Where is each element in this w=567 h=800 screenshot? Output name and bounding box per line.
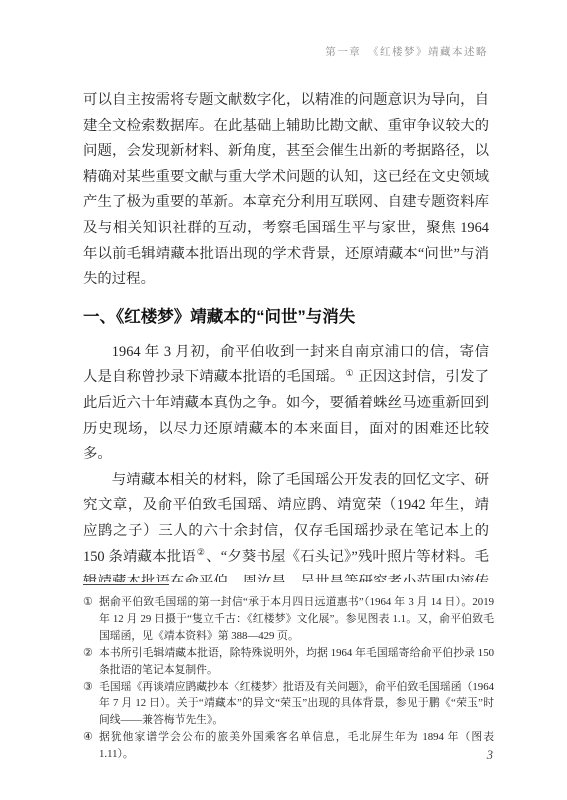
paragraph-intro: 可以自主按需将专题文献数字化，以精准的问题意识为导向，自建全文检索数据库。在此基… — [83, 88, 489, 293]
footnotes-section: ① 据俞平伯致毛国瑶的第一封信“承于本月四日远道惠书”（1964 年 3 月 1… — [83, 584, 494, 763]
footnote-item: ④ 据犹他家谱学会公布的旅美外国乘客名单信息，毛北屏生年为 1894 年（图表 … — [83, 729, 494, 763]
footnote-text: 据俞平伯致毛国瑶的第一封信“承于本月四日远道惠书”（1964 年 3 月 14 … — [99, 596, 494, 642]
footnote-marker: ② — [83, 645, 93, 662]
footnote-separator-line — [83, 584, 169, 585]
footnote-text: 毛国瑶《再谈靖应鹍藏抄本〈红楼梦〉批语及有关问题》，俞平伯致毛国瑶函（1964 … — [99, 681, 494, 727]
page-number: 3 — [487, 748, 493, 763]
book-page: 第一章 《红楼梦》靖藏本述略 可以自主按需将专题文献数字化，以精准的问题意识为导… — [0, 0, 567, 800]
footnote-ref: ① — [344, 368, 354, 378]
running-header: 第一章 《红楼梦》靖藏本述略 — [83, 44, 488, 59]
footnote-marker: ③ — [83, 679, 93, 696]
text-run: 可以自主按需将专题文献数字化，以精准的问题意识为导向，自建全文检索数据库。在此基… — [83, 92, 489, 287]
footnote-marker: ④ — [83, 729, 93, 746]
footnote-text: 据犹他家谱学会公布的旅美外国乘客名单信息，毛北屏生年为 1894 年（图表 1.… — [99, 731, 494, 760]
footnote-item: ② 本书所引毛辑靖藏本批语，除特殊说明外，均据 1964 年毛国瑶寄给俞平伯抄录… — [83, 645, 494, 679]
footnote-item: ③ 毛国瑶《再谈靖应鹍藏抄本〈红楼梦〉批语及有关问题》，俞平伯致毛国瑶函（196… — [83, 679, 494, 730]
paragraph: 1964 年 3 月初，俞平伯收到一封来自南京浦口的信，寄信人是自称曾抄录下靖藏… — [83, 340, 489, 468]
paragraph: 与靖藏本相关的材料，除了毛国瑶公开发表的回忆文字、研究文章，及俞平伯致毛国瑶、靖… — [83, 468, 489, 582]
section-heading: 一、《红楼梦》靖藏本的“问世”与消失 — [83, 305, 489, 329]
footnote-ref: ② — [196, 547, 206, 557]
footnote-marker: ① — [83, 594, 93, 611]
body-text: 可以自主按需将专题文献数字化，以精准的问题意识为导向，自建全文检索数据库。在此基… — [83, 88, 489, 582]
footnote-text: 本书所引毛辑靖藏本批语，除特殊说明外，均据 1964 年毛国瑶寄给俞平伯抄录 1… — [99, 647, 494, 676]
footnote-item: ① 据俞平伯致毛国瑶的第一封信“承于本月四日远道惠书”（1964 年 3 月 1… — [83, 594, 494, 645]
